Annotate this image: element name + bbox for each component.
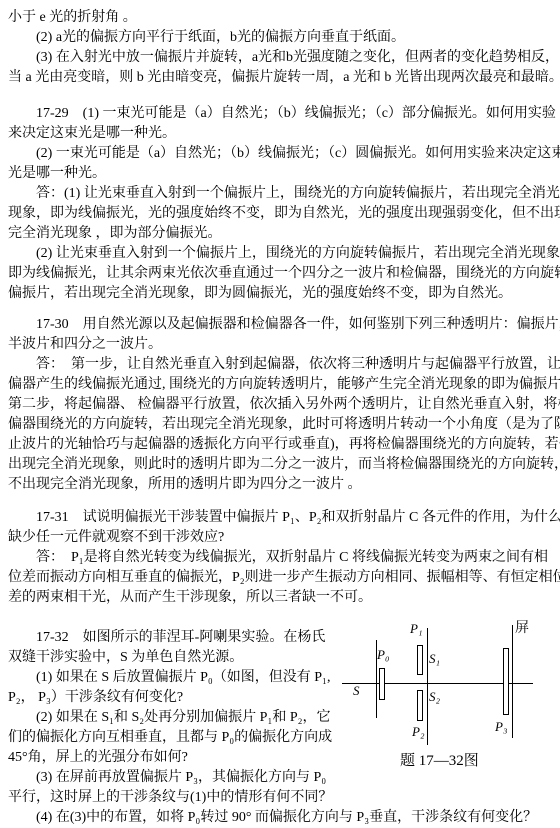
text-line: 答： P₁是将自然光转变为线偏振光，双折射晶片 C 将线偏振光转变为两束之间有相 xyxy=(8,548,560,568)
text-line: 偏器围绕光的方向旋转，若出现完全消光现象，此时可将透明片转动一个小角度（是为了防 xyxy=(8,415,560,435)
text-line: 偏振片，若出现完全消光现象，即为圆偏振光，光的强度始终不变，即为自然光。 xyxy=(8,284,560,304)
text-line: 位差而振动方向相互垂直的偏振光，P₂则进一步产生振动方向相同、振幅相等、有恒定相… xyxy=(8,568,560,588)
text-line: 17-29 (1) 一束光可能是（a）自然光；（b）线偏振光；（c）部分偏振光。… xyxy=(8,104,560,124)
polarizer-p2 xyxy=(417,690,423,721)
text-line: (2) 让光束垂直入射到一个偏振片上，围绕光的方向旋转偏振片，若出现完全消光现象… xyxy=(8,244,560,264)
text-line: 缺少任一元件就观察不到干涉效应? xyxy=(8,528,560,548)
polarizer-p1 xyxy=(417,645,423,675)
text-line: 第二步，将起偏器、 检偏器平行放置，依次插入另外两个透明片，让自然光垂直入射，将… xyxy=(8,395,560,415)
text-line: 即为线偏振光，让其余两束光依次垂直通过一个四分之一波片和检偏器，围绕光的方向旋转 xyxy=(8,264,560,284)
text-line: 止波片的光轴恰巧与起偏器的透振化方向平行或垂直)，再将检偏器围绕光的方向旋转，若… xyxy=(8,435,560,455)
text-line: 17-31 试说明偏振光干涉装置中偏振片 P₁、P₂和双折射晶片 C 各元件的作… xyxy=(8,508,560,528)
text-line: 答： 第一步，让自然光垂直入射到起偏器，依次将三种透明片与起偏器平行放置，让起 xyxy=(8,355,560,375)
label-p1: P₁ xyxy=(410,622,422,636)
section-gap xyxy=(8,495,560,508)
text-line: 不出现完全消光现象，所用的透明片即为四分之一波片 。 xyxy=(8,475,560,495)
document-page: 小于 e 光的折射角 。 (2) a光的偏振方向平行于纸面，b光的偏振方向垂直于… xyxy=(0,0,560,828)
label-p2: P₂ xyxy=(412,725,424,739)
text-line: 小于 e 光的折射角 。 xyxy=(8,8,560,28)
text-line: 现象，即为线偏振光，光的强度始终不变，即为自然光，光的强度出现强弱变化，但不出现 xyxy=(8,204,560,224)
section-gap xyxy=(8,88,560,104)
fresnel-arago-figure: S P₀ P₁ S₁ S₂ P₂ P₃ 屏 题 17—32图 xyxy=(340,616,560,792)
label-screen: 屏 xyxy=(515,621,529,636)
polarizer-p0 xyxy=(379,668,385,700)
text-line: 差的两束相干光，从而产生干涉现象，所以三者缺一不可。 xyxy=(8,588,560,608)
text-line: 17-30 用自然光源以及起偏振器和检偏器各一件，如何鉴别下列三种透明片：偏振片… xyxy=(8,315,560,335)
screen-plate xyxy=(512,625,513,738)
label-p3: P₃ xyxy=(495,720,507,734)
text-line: 完全消光现象 ，即为部分偏振光。 xyxy=(8,224,560,244)
text-line: 来决定这束光是哪一种光。 xyxy=(8,124,560,144)
text-line: (2) 一束光可能是（a）自然光；（b）线偏振光；（c）圆偏振光。如何用实验来决… xyxy=(8,144,560,164)
label-s1: S₁ xyxy=(429,652,440,666)
text-line: 偏器产生的线偏振光通过, 围绕光的方向旋转透明片，能够产生完全消光现象的即为偏振… xyxy=(8,375,560,395)
text-line: (4) 在(3)中的布置，如将 P₀转过 90° 而偏振化方向与 P₃垂直，干涉… xyxy=(8,808,560,828)
figure-caption: 题 17—32图 xyxy=(400,752,479,770)
text-line: 答：(1) 让光束垂直入射到一个偏振片上，围绕光的方向旋转偏振片，若出现完全消光 xyxy=(8,184,560,204)
text-line: 半波片和四分之一波片。 xyxy=(8,335,560,355)
text-line: 出现完全消光现象，则此时的透明片即为二分之一波片，而当将检偏器围绕光的方向旋转， xyxy=(8,455,560,475)
text-line: 光是哪一种光。 xyxy=(8,164,560,184)
text-line: (2) a光的偏振方向平行于纸面，b光的偏振方向垂直于纸面。 xyxy=(8,28,560,48)
text-line: (3) 在入射光中放一偏振片并旋转，a光和b光强度随之变化，但两者的变化趋势相反… xyxy=(8,48,560,68)
polarizer-p3 xyxy=(503,648,509,715)
double-slit-plate xyxy=(427,628,428,745)
label-s2: S₂ xyxy=(429,690,440,704)
section-gap xyxy=(8,304,560,315)
label-p0: P₀ xyxy=(377,648,389,662)
label-source-s: S xyxy=(353,684,360,698)
text-line: 当 a 光由亮变暗，则 b 光由暗变亮，偏振片旋转一周，a 光和 b 光皆出现两… xyxy=(8,68,560,88)
